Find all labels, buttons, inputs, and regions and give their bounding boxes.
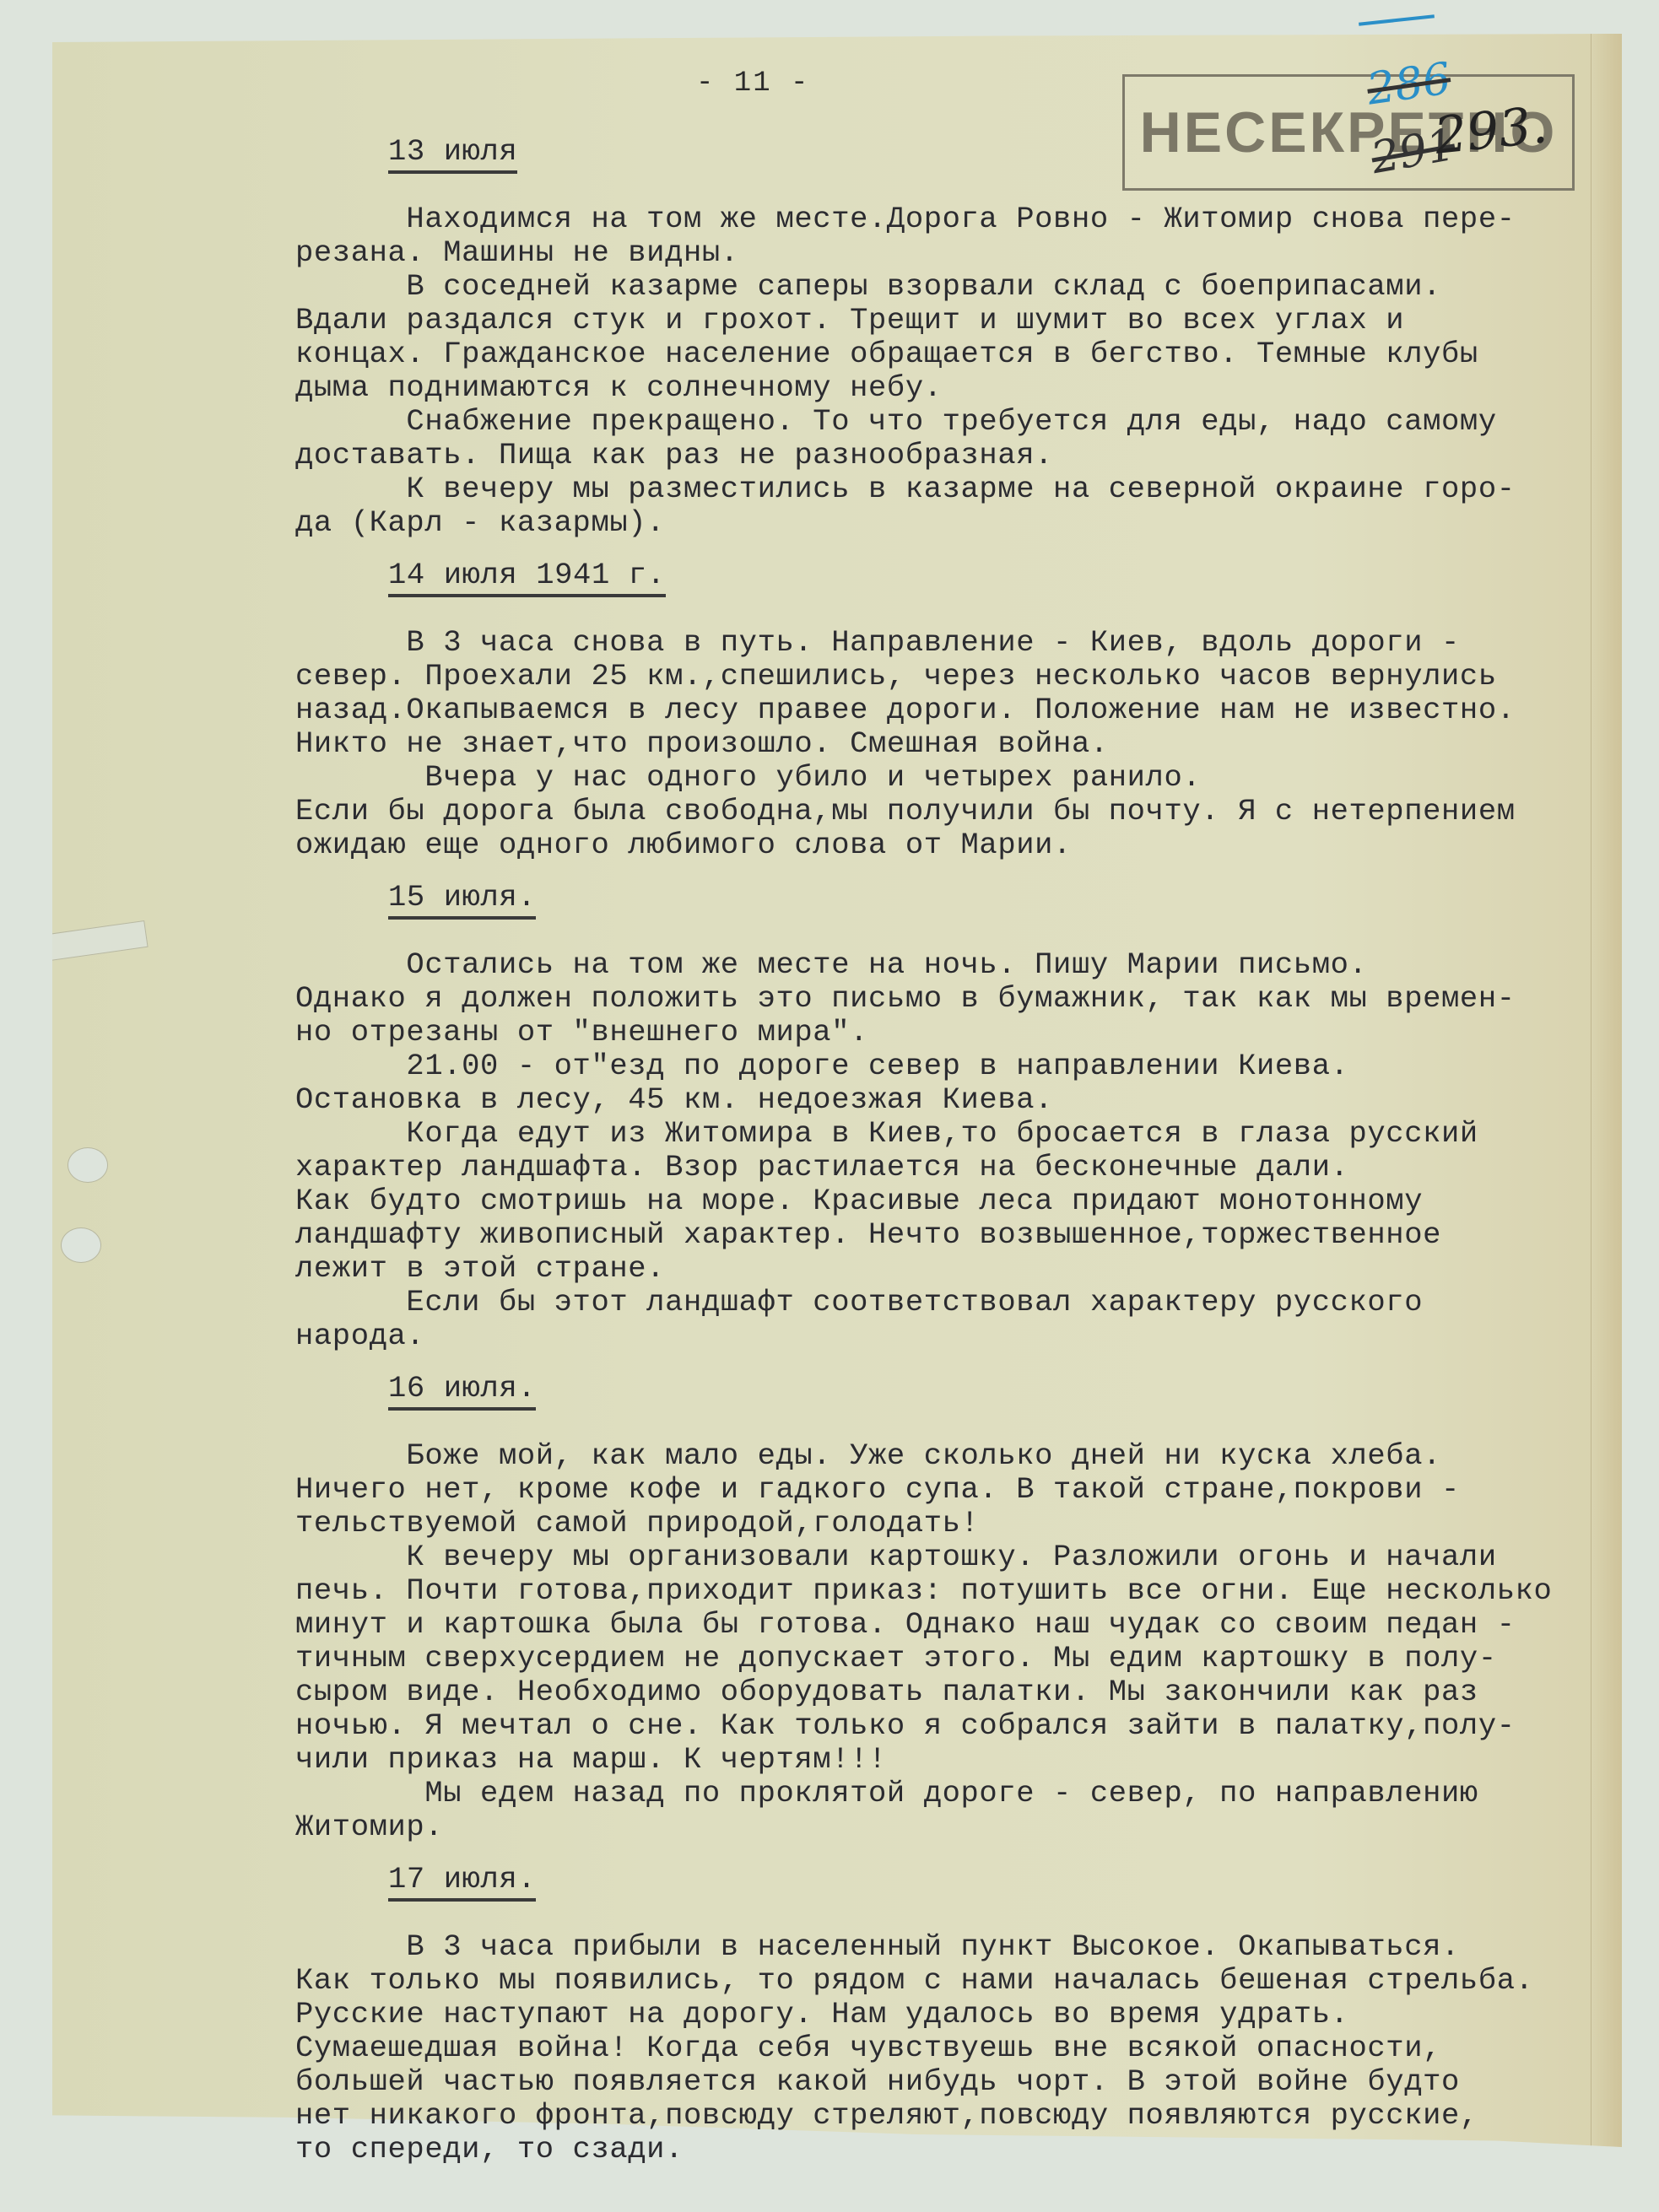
text-line: назад.Окапываемся в лесу правее дороги. … [295,693,1578,727]
text-line: Когда едут из Житомира в Киев,то бросает… [295,1117,1578,1151]
text-line: народа. [295,1319,1578,1353]
text-line: лежит в этой стране. [295,1252,1578,1286]
text-line: Остановка в лесу, 45 км. недоезжая Киева… [295,1083,1578,1117]
text-line: Остались на том же месте на ночь. Пишу М… [295,948,1578,982]
text-line: Как будто смотришь на море. Красивые лес… [295,1184,1578,1218]
text-line: доставать. Пища как раз не разнообразная… [295,439,1578,472]
text-line: Никто не знает,что произошло. Смешная во… [295,727,1578,761]
punch-hole [68,1147,108,1183]
diary-entry: 15 июля. Остались на том же месте на ноч… [295,881,1578,1353]
text-line: но отрезаны от "внешнего мира". [295,1016,1578,1049]
entry-date-heading: 15 июля. [388,881,536,920]
text-line: Вчера у нас одного убило и четырех ранил… [295,761,1578,795]
entry-date-heading: 13 июля [388,135,517,174]
text-line: В 3 часа прибыли в населенный пункт Высо… [295,1930,1578,1964]
blue-pencil-mark [1359,14,1435,25]
text-line: К вечеру мы разместились в казарме на се… [295,472,1578,506]
paper-edge-strip [1591,34,1622,2147]
text-line: В 3 часа снова в путь. Направление - Кие… [295,626,1578,660]
text-line: минут и картошка была бы готова. Однако … [295,1608,1578,1642]
text-line: печь. Почти готова,приходит приказ: поту… [295,1574,1578,1608]
entry-date-heading: 14 июля 1941 г. [388,558,666,597]
text-line: Снабжение прекращено. То что требуется д… [295,405,1578,439]
diary-text: 13 июля Находимся на том же месте.Дорога… [295,135,1578,2185]
text-line: резана. Машины не видны. [295,236,1578,270]
text-line: Если бы этот ландшафт соответствовал хар… [295,1286,1578,1319]
text-line: да (Карл - казармы). [295,506,1578,540]
text-line: Как только мы появились, то рядом с нами… [295,1964,1578,1998]
text-line: ожидаю еще одного любимого слова от Мари… [295,828,1578,862]
text-line: Ничего нет, кроме кофе и гадкого супа. В… [295,1473,1578,1507]
text-line: концах. Гражданское население обращается… [295,337,1578,371]
page-number: - 11 - [696,67,809,100]
text-line: Однако я должен положить это письмо в бу… [295,982,1578,1016]
text-line: Вдали раздался стук и грохот. Трещит и ш… [295,304,1578,337]
text-line: север. Проехали 25 км.,спешились, через … [295,660,1578,693]
text-line: ночью. Я мечтал о сне. Как только я собр… [295,1709,1578,1743]
text-line: К вечеру мы организовали картошку. Разло… [295,1540,1578,1574]
text-line: Мы едем назад по проклятой дороге - севе… [295,1777,1578,1810]
punch-hole [61,1227,101,1263]
text-line: то спереди, то сзади. [295,2133,1578,2166]
text-line: чили приказ на марш. К чертям!!! [295,1743,1578,1777]
diary-entry: 16 июля. Боже мой, как мало еды. Уже ско… [295,1372,1578,1844]
entry-date-heading: 16 июля. [388,1372,536,1411]
text-line: нет никакого фронта,повсюду стреляют,пов… [295,2099,1578,2133]
diary-entry: 17 июля. В 3 часа прибыли в населенный п… [295,1863,1578,2166]
text-line: Сумаешедшая война! Когда себя чувствуешь… [295,2031,1578,2065]
text-line: 21.00 - от"езд по дороге север в направл… [295,1049,1578,1083]
text-line: сыром виде. Необходимо оборудовать палат… [295,1675,1578,1709]
text-line: Житомир. [295,1810,1578,1844]
text-line: ландшафту живописный характер. Нечто воз… [295,1218,1578,1252]
text-line: тельствуемой самой природой,голодать! [295,1507,1578,1540]
tape-fragment [34,920,148,963]
text-line: дыма поднимаются к солнечному небу. [295,371,1578,405]
text-line: характер ландшафта. Взор растилается на … [295,1151,1578,1184]
text-line: Если бы дорога была свободна,мы получили… [295,795,1578,828]
diary-entry: 14 июля 1941 г. В 3 часа снова в путь. Н… [295,558,1578,862]
diary-entry: 13 июля Находимся на том же месте.Дорога… [295,135,1578,540]
text-line: Русские наступают на дорогу. Нам удалось… [295,1998,1578,2031]
text-line: тичным сверхусердием не допускает этого.… [295,1642,1578,1675]
entry-date-heading: 17 июля. [388,1863,536,1902]
text-line: большей частью появляется какой нибудь ч… [295,2065,1578,2099]
text-line: Боже мой, как мало еды. Уже сколько дней… [295,1439,1578,1473]
text-line: Находимся на том же месте.Дорога Ровно -… [295,202,1578,236]
text-line: В соседней казарме саперы взорвали склад… [295,270,1578,304]
